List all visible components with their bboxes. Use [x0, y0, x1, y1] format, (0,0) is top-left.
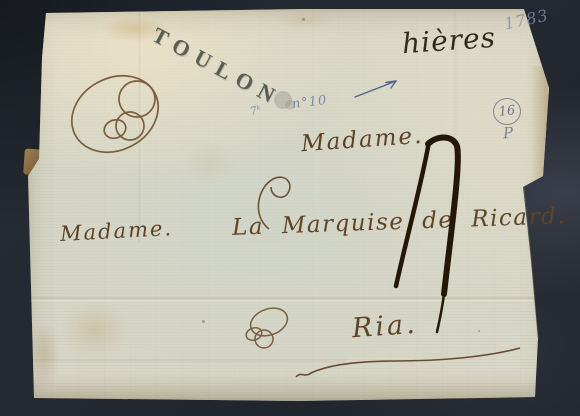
flourish-doodle-bottom — [244, 303, 291, 348]
ria-underline-flourish — [296, 348, 520, 377]
postal-rate-mark-4 — [396, 138, 458, 333]
flourish-doodle-top-left — [58, 61, 171, 167]
letter-photo: TOULON hières 1783 n°10 7ᵏ 16 P Madame. … — [0, 0, 580, 416]
flap-edge-line — [524, 187, 538, 338]
ink-flourish-layer — [0, 0, 580, 416]
pencil-arrow — [355, 81, 396, 97]
capital-l-swash — [258, 177, 290, 229]
postmark-smudge — [274, 91, 295, 110]
